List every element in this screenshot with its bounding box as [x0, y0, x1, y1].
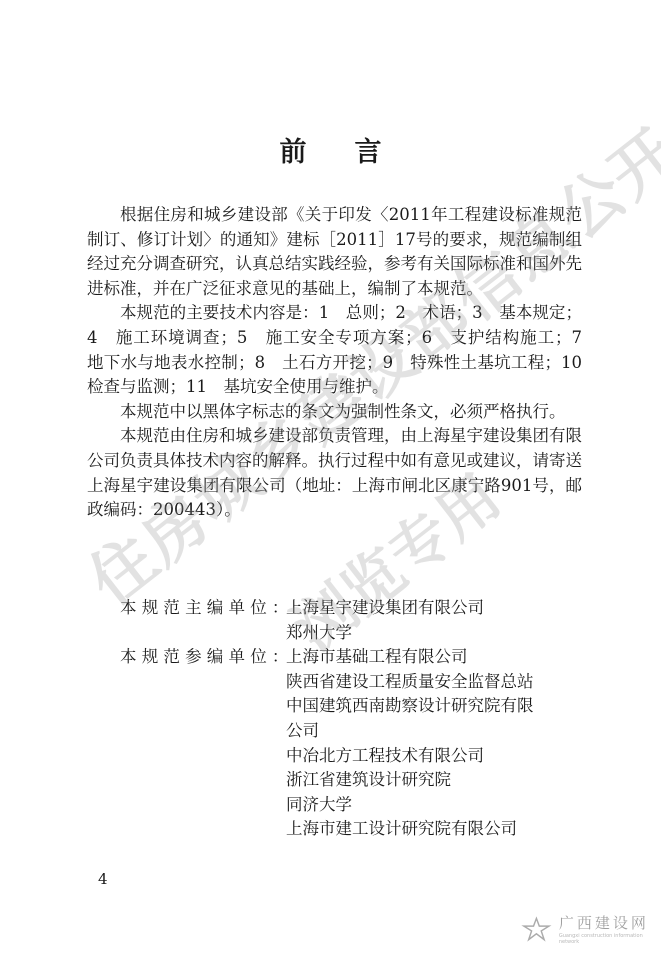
chief-editor-list: 上海星宇建设集团有限公司 郑州大学	[286, 596, 536, 645]
participating-editor-unit: 中冶北方工程技术有限公司	[286, 744, 536, 769]
paragraph-contents: 本规范的主要技术内容是：1 总则；2 术语；3 基本规定；4 施工环境调查；5 …	[87, 301, 582, 399]
participating-editor-unit: 同济大学	[286, 793, 536, 818]
participating-editor-row: 本规范参编单位： 上海市基础工程有限公司 陕西省建设工程质量安全监督总站 中国建…	[120, 645, 536, 842]
page-title: 前言	[0, 130, 661, 169]
site-logo: 广西建设网 Guangxi construction information n…	[520, 912, 661, 945]
participating-editor-list: 上海市基础工程有限公司 陕西省建设工程质量安全监督总站 中国建筑西南勘察设计研究…	[286, 645, 536, 842]
paragraph-mandatory: 本规范中以黑体字标志的条文为强制性条文，必须严格执行。	[87, 400, 582, 425]
participating-editor-unit: 陕西省建设工程质量安全监督总站	[286, 670, 536, 695]
chief-editor-label: 本规范主编单位：	[120, 596, 286, 645]
participating-editor-unit: 公司	[286, 719, 536, 744]
preface-body: 根据住房和城乡建设部《关于印发〈2011年工程建设标准规范制订、修订计划〉的通知…	[87, 203, 582, 523]
star-logo-icon	[520, 916, 553, 942]
chief-editor-unit: 上海星宇建设集团有限公司	[286, 596, 536, 621]
paragraph-basis: 根据住房和城乡建设部《关于印发〈2011年工程建设标准规范制订、修订计划〉的通知…	[87, 203, 582, 301]
editor-units: 本规范主编单位： 上海星宇建设集团有限公司 郑州大学 本规范参编单位： 上海市基…	[120, 596, 536, 842]
logo-name: 广西建设网	[559, 912, 661, 933]
chief-editor-row: 本规范主编单位： 上海星宇建设集团有限公司 郑州大学	[120, 596, 536, 645]
document-page: 前言 根据住房和城乡建设部《关于印发〈2011年工程建设标准规范制订、修订计划〉…	[0, 0, 661, 958]
page-number: 4	[98, 870, 108, 888]
participating-editor-unit: 上海市建工设计研究院有限公司	[286, 817, 536, 842]
participating-editor-unit: 中国建筑西南勘察设计研究院有限	[286, 694, 536, 719]
participating-editor-unit: 浙江省建筑设计研究院	[286, 768, 536, 793]
participating-editor-label: 本规范参编单位：	[120, 645, 286, 842]
participating-editor-unit: 上海市基础工程有限公司	[286, 645, 536, 670]
paragraph-management: 本规范由住房和城乡建设部负责管理，由上海星宇建设集团有限公司负责具体技术内容的解…	[87, 424, 582, 522]
logo-subtitle: Guangxi construction information network	[559, 933, 661, 945]
chief-editor-unit: 郑州大学	[286, 621, 536, 646]
